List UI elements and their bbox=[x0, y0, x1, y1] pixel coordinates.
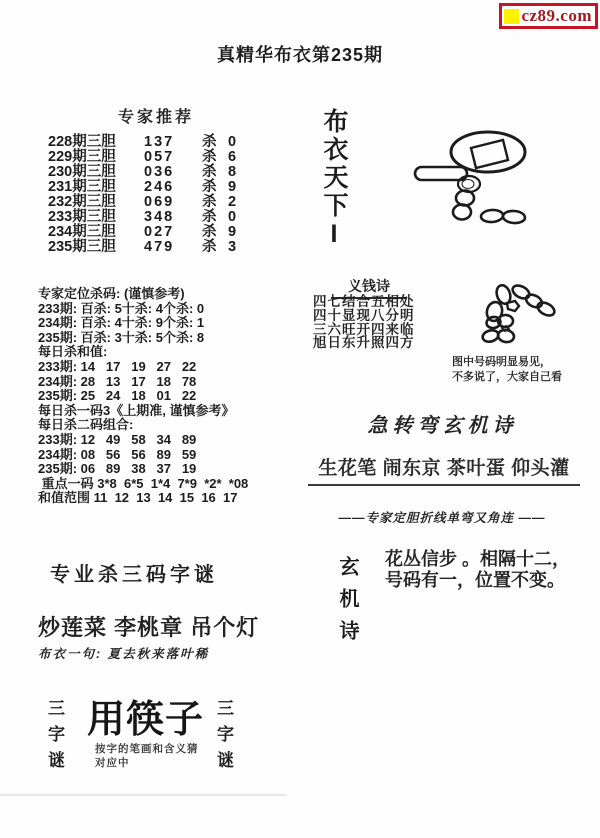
kill-cell: 9 bbox=[228, 180, 236, 195]
daily-one-kill-title: 每日杀一码3《上期准, 谨慎参考》 bbox=[38, 404, 298, 419]
expert-recommend-section: 专家推荐 228期三胆 137 杀 0 229期三胆 057 杀 6 230期三… bbox=[48, 104, 268, 255]
table-row: 234期三胆 027 杀 9 bbox=[48, 225, 268, 240]
dan-cell: 348 bbox=[144, 210, 202, 225]
kill-label: 杀 bbox=[202, 195, 228, 210]
kill-cell: 8 bbox=[228, 165, 236, 180]
table-row: 229期三胆 057 杀 6 bbox=[48, 150, 268, 165]
dan-cell: 246 bbox=[144, 180, 202, 195]
note-line: 按字的笔画和含义猜 bbox=[95, 742, 199, 756]
daily-sum-row: 234期: 28 13 17 18 78 bbox=[38, 375, 298, 390]
issue-cell: 234期三胆 bbox=[48, 225, 144, 240]
issue-cell: 228期三胆 bbox=[48, 135, 144, 150]
note-line: 对应中 bbox=[95, 756, 199, 770]
kill-label: 杀 bbox=[202, 240, 228, 255]
kill-label: 杀 bbox=[202, 150, 228, 165]
position-kill-title: 专家定位杀码: (谨慎参考) bbox=[38, 287, 298, 302]
mystery-line: 号码有一，位置不变。 bbox=[385, 570, 585, 591]
daily-sum-row: 235期: 25 24 18 01 22 bbox=[38, 389, 298, 404]
coin-sketch bbox=[405, 118, 537, 230]
daily-two-row: 235期: 06 89 38 37 19 bbox=[38, 462, 298, 477]
sum-range-row: 和值范围 11 12 13 14 15 16 17 bbox=[38, 491, 298, 506]
three-char-label-left: 三字谜 bbox=[42, 699, 67, 777]
table-row: 230期三胆 036 杀 8 bbox=[48, 165, 268, 180]
mystery-line: 花丛信步 。相隔十二， bbox=[385, 549, 585, 570]
table-row: 231期三胆 246 杀 9 bbox=[48, 180, 268, 195]
issue-cell: 233期三胆 bbox=[48, 210, 144, 225]
mystery-poem: 花丛信步 。相隔十二， 号码有一，位置不变。 bbox=[385, 549, 585, 591]
daily-two-kill-title: 每日杀二码组合: bbox=[38, 418, 298, 433]
coin-poem: 四七结合五相处 四十显现八分明 三六旺开四来临 旭日东升照四方 bbox=[313, 295, 415, 350]
kill-three-title: 专业杀三码字谜 bbox=[50, 558, 218, 587]
buyi-sentence: 布衣一句: 夏去秋来落叶稀 bbox=[38, 644, 209, 662]
sharp-turn-note: ——专家定胆折线单弯又角连 —— bbox=[298, 508, 586, 526]
dan-cell: 027 bbox=[144, 225, 202, 240]
issue-cell: 232期三胆 bbox=[48, 195, 144, 210]
key-code-row: 重点一码 3*8 6*5 1*4 7*9 *2* *08 bbox=[38, 477, 298, 492]
daily-two-row: 233期: 12 49 58 34 89 bbox=[38, 433, 298, 448]
position-kill-row: 234期: 百杀: 4十杀: 9个杀: 1 bbox=[38, 316, 298, 331]
table-row: 235期三胆 479 杀 3 bbox=[48, 240, 268, 255]
kill-cell: 2 bbox=[228, 195, 236, 210]
dan-cell: 479 bbox=[144, 240, 202, 255]
page-title: 真精华布衣第235期 bbox=[0, 41, 600, 67]
daily-sum-row: 233期: 14 17 19 27 22 bbox=[38, 360, 298, 375]
table-row: 232期三胆 069 杀 2 bbox=[48, 195, 268, 210]
expert-recommend-title: 专家推荐 bbox=[76, 104, 236, 127]
daily-two-row: 234期: 08 56 56 89 59 bbox=[38, 448, 298, 463]
issue-cell: 235期三胆 bbox=[48, 240, 144, 255]
kill-label: 杀 bbox=[202, 180, 228, 195]
kill-three-riddle: 炒莲菜 李桃章 吊个灯 bbox=[38, 611, 259, 642]
chain-sketch bbox=[468, 278, 568, 350]
kill-cell: 0 bbox=[228, 210, 236, 225]
three-char-answer: 用筷子 bbox=[87, 688, 204, 743]
caption-line: 图中号码明显易见， bbox=[452, 355, 562, 370]
kill-label: 杀 bbox=[202, 135, 228, 150]
kill-label: 杀 bbox=[202, 210, 228, 225]
issue-cell: 229期三胆 bbox=[48, 150, 144, 165]
mystery-poem-title: 玄机诗 bbox=[333, 556, 362, 652]
dan-cell: 069 bbox=[144, 195, 202, 210]
divider bbox=[0, 794, 286, 796]
position-kill-row: 233期: 百杀: 5十杀: 4个杀: 0 bbox=[38, 302, 298, 317]
daily-sum-title: 每日杀和值: bbox=[38, 345, 298, 360]
site-badge[interactable]: cz89.com bbox=[499, 3, 598, 29]
sharp-turn-riddle: 生花笔 闹东京 茶叶蛋 仰头灌 bbox=[308, 453, 580, 486]
sharp-turn-title: 急转弯玄机诗 bbox=[300, 409, 585, 438]
kill-cell: 9 bbox=[228, 225, 236, 240]
kill-stats-section: 专家定位杀码: (谨慎参考) 233期: 百杀: 5十杀: 4个杀: 0 234… bbox=[38, 287, 298, 506]
kill-cell: 6 bbox=[228, 150, 236, 165]
kill-cell: 0 bbox=[228, 135, 236, 150]
dan-cell: 057 bbox=[144, 150, 202, 165]
badge-square-icon bbox=[504, 9, 519, 24]
table-row: 228期三胆 137 杀 0 bbox=[48, 135, 268, 150]
lottery-chart-page: cz89.com 真精华布衣第235期 专家推荐 228期三胆 137 杀 0 … bbox=[0, 0, 600, 838]
buyi-tianxia-label: 布衣天下I bbox=[316, 108, 352, 251]
coin-poem-line: 四十显现八分明 bbox=[313, 309, 415, 323]
coin-poem-line: 四七结合五相处 bbox=[313, 295, 415, 309]
issue-cell: 230期三胆 bbox=[48, 165, 144, 180]
kill-label: 杀 bbox=[202, 225, 228, 240]
coin-poem-line: 旭日东升照四方 bbox=[313, 336, 415, 350]
kill-cell: 3 bbox=[228, 240, 236, 255]
table-row: 233期三胆 348 杀 0 bbox=[48, 210, 268, 225]
site-badge-text: cz89.com bbox=[521, 6, 592, 26]
three-char-note: 按字的笔画和含义猜 对应中 bbox=[95, 742, 199, 770]
position-kill-row: 235期: 百杀: 3十杀: 5个杀: 8 bbox=[38, 331, 298, 346]
caption-line: 不多说了，大家自己看 bbox=[452, 370, 562, 385]
three-char-label-right: 三字谜 bbox=[211, 699, 236, 777]
dan-cell: 137 bbox=[144, 135, 202, 150]
chain-sketch-caption: 图中号码明显易见， 不多说了，大家自己看 bbox=[452, 355, 562, 385]
kill-label: 杀 bbox=[202, 165, 228, 180]
issue-cell: 231期三胆 bbox=[48, 180, 144, 195]
dan-cell: 036 bbox=[144, 165, 202, 180]
